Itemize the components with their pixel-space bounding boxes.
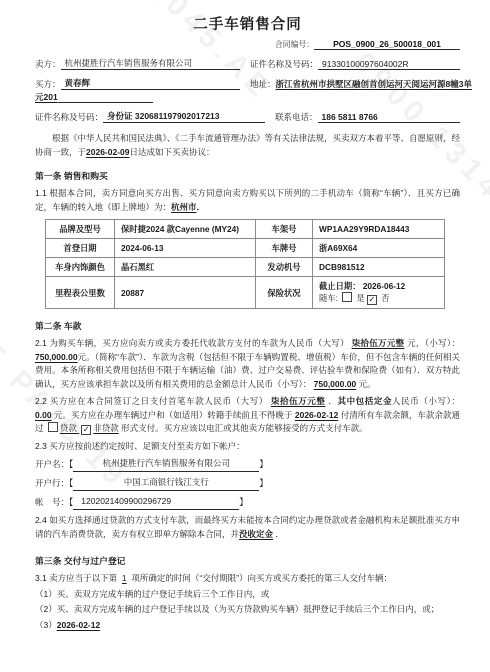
clause-2-2: 2.2 买方应在本合同签订之日支付首笔车款人民币（大写） 柒拾伍万元整 ．其中包…: [35, 395, 460, 436]
clause-2-1-pre: 2.1 为购买车辆，买方应向卖方或卖方委托代收款方支付的车款为人民币（大写）: [35, 338, 349, 348]
clause-3-1-pre: 3.1 卖方应当于以下第: [35, 573, 117, 583]
address-value-line1: 浙江省杭州市拱墅区融创首创运河天阅运河源8幢3单: [276, 78, 472, 90]
account-name-line: 开户名：【杭州捷胜行汽车销售服务有限公司】: [35, 455, 460, 472]
vin-label: 车架号: [256, 220, 313, 239]
account-number-line: 帐 号：【1202021409900296729】: [35, 493, 460, 510]
table-row: 里程表公里数 20887 保险状况 截止日期： 2026-06-12 随车: 是…: [46, 277, 445, 309]
insurance-no-label: 否: [381, 293, 389, 303]
account-bank-line: 开户行：【中国工商银行钱江支行】: [35, 474, 460, 491]
clause-2-3: 2.3 买方应按前述约定按时、足额支付至卖方如下帐户：: [35, 440, 460, 454]
list-item: （3）2026-02-12: [35, 618, 460, 633]
clause-1-1-period: ．: [197, 202, 206, 212]
account-name-label: 开户名：: [35, 459, 69, 469]
list-item: （2）买、卖双方完成车辆的过户登记手续以及（为买方贷款购买车辆）抵押登记手续后三…: [35, 602, 460, 617]
clause-1-1: 1.1 根据本合同，卖方同意向买方出售、买方同意向卖方购买以下所列的二手机动车（…: [35, 187, 460, 214]
contract-page: 2.2045.AE 0900 1314 5 PAIC 19 二手车销售合同 合同…: [0, 0, 490, 672]
section1-heading: 第一条 销售和购买: [35, 170, 460, 183]
clause-2-2-mid1: 人民币（小写）：: [392, 396, 460, 406]
checkbox-no-checked-icon: ✓: [367, 295, 377, 305]
address-blank-underline: [58, 102, 153, 103]
buyer-label: 买方：: [35, 78, 61, 90]
clause-1-1-text: 1.1 根据本合同，卖方同意向买方出售、买方同意向卖方购买以下所列的二手机动车（…: [35, 188, 460, 212]
intro-paragraph: 根据《中华人民共和国民法典》、《二手车流通管理办法》等有关法律法规，买卖双方本着…: [35, 132, 460, 159]
right-bracket: 】: [239, 497, 248, 507]
clause-2-2-pre: 2.2 买方应在本合同签订之日支付首笔车款人民币（大写）: [35, 396, 268, 406]
engine-number-label: 发动机号: [256, 258, 313, 277]
checkbox-noloan-checked-icon: ✓: [81, 425, 91, 435]
first-reg-date-label: 首登日期: [46, 239, 115, 258]
buyer-id-row: 证件名称及号码： 身份证 320681197902017213 联系电话： 18…: [35, 110, 460, 123]
seller-name-value: 杭州捷胜行汽车销售服务有限公司: [61, 57, 240, 70]
deposit-value: 0.00: [35, 410, 52, 420]
account-number-label: 帐 号：: [35, 497, 69, 507]
brand-model-label: 品牌及型号: [46, 220, 115, 239]
delivery-date-value: 2026-02-12: [57, 620, 100, 630]
total-amount-value: 750,000.00: [314, 379, 357, 389]
page-title: 二手车销售合同: [35, 13, 460, 34]
contract-number-value: POS_0900_26_500018_001: [314, 39, 460, 50]
account-bank-label: 开户行：: [35, 478, 69, 488]
contract-number-label: 合同编号：: [275, 40, 314, 49]
payment-method-options: 贷款 ✓非贷款: [46, 423, 119, 433]
intro-text-post: 日达成如下买卖协议：: [130, 147, 215, 157]
seller-row: 卖方： 杭州捷胜行汽车销售服务有限公司 证件名称及号码： 91330100097…: [35, 57, 460, 70]
agreement-date: 2026-02-09: [86, 147, 129, 157]
buyer-name-value: 黄春辉: [61, 77, 240, 90]
color-value: 晶石黑红: [115, 258, 256, 277]
engine-number-value: DCB981512: [313, 258, 445, 277]
checkbox-yes-icon: [342, 292, 352, 302]
phone-label: 联系电话：: [275, 111, 318, 123]
plate-number-label: 车牌号: [256, 239, 313, 258]
insurance-deadline-label: 截止日期：: [319, 281, 361, 291]
insurance-status-label: 保险状况: [256, 277, 313, 309]
clause-2-1-mid1: 元，（小写）：: [407, 338, 460, 348]
right-bracket: 】: [259, 478, 268, 488]
seller-id-value: 91330100097604002R: [318, 59, 460, 70]
list-item: （1）买、卖双方完成车辆的过户登记手续后三个工作日内，或: [35, 587, 460, 602]
table-row: 车身内饰颜色 晶石黑红 发动机号 DCB981512: [46, 258, 445, 277]
mileage-value: 20887: [115, 277, 256, 309]
delivery-options-list: （1）买、卖双方完成车辆的过户登记手续后三个工作日内，或 （2）买、卖双方完成车…: [35, 587, 460, 633]
clause-2-2-dot: ．: [328, 396, 337, 406]
mileage-label: 里程表公里数: [46, 277, 115, 309]
price-in-words: 柒拾伍万元整: [352, 338, 405, 348]
section3-heading: 第三条 交付与过户登记: [35, 555, 460, 568]
transfer-city-value: 杭州市: [171, 202, 197, 212]
clause-2-2-mid4: 形式支付。买方应该以电汇或其他卖方能够接受的方式支付车款。: [121, 423, 368, 433]
seller-label: 卖方：: [35, 58, 61, 70]
first-payment-in-words: 柒拾伍万元整: [271, 396, 326, 406]
clause-2-1: 2.1 为购买车辆，买方应向卖方或卖方委托代收款方支付的车款为人民币（大写） 柒…: [35, 337, 460, 391]
price-in-figures: 750,000.00: [35, 352, 78, 362]
insurance-deadline-value: 2026-06-12: [363, 281, 405, 291]
account-number-value: 1202021409900296729: [73, 493, 239, 510]
buyer-id-value: 身份证 320681197902017213: [103, 110, 265, 123]
clause-2-1-mid2: 元。（简称“车款”）．车款为含税（包括但不限于车辆购置税、增值税）车价，但不包含…: [35, 352, 460, 389]
clause-2-1-post: 元。: [359, 379, 376, 389]
clause-2-4: 2.4 如买方选择通过贷款的方式支付车款，而最终买方未能按本合同约定办理贷款或者…: [35, 514, 460, 541]
noloan-option-label: 非贷款: [93, 423, 119, 433]
address-value-line2: 元201: [35, 92, 58, 102]
brand-model-value: 保时捷2024 款Cayenne (MY24): [115, 220, 256, 239]
forfeit-deposit-text: 没收定金: [239, 529, 273, 539]
vin-value: WP1AA29Y9RDA18443: [313, 220, 445, 239]
insurance-with-car-label: 随车:: [319, 293, 338, 303]
plate-number-value: 浙A69X64: [313, 239, 445, 258]
deposit-label: 其中包括定金: [338, 396, 393, 406]
buyer-id-label: 证件名称及号码：: [35, 111, 103, 123]
clause-3-1: 3.1 卖方应当于以下第 1 项所确定的时间（“交付期限”）向买方或买方委托的第…: [35, 572, 460, 586]
account-name-value: 杭州捷胜行汽车销售服务有限公司: [73, 455, 259, 472]
phone-value: 186 5811 8766: [318, 112, 460, 123]
balance-due-date: 2026-02-12: [295, 410, 338, 420]
section2-heading: 第二条 车款: [35, 320, 460, 333]
account-bank-value: 中国工商银行钱江支行: [73, 474, 259, 491]
address-label: 地址：: [250, 78, 276, 90]
clause-2-2-mid2: 元。买方应在办理车辆过户和（如适用）转籍手续前且不得晚于: [54, 410, 293, 420]
color-label: 车身内饰颜色: [46, 258, 115, 277]
contract-number-line: 合同编号：POS_0900_26_500018_001: [35, 39, 460, 50]
delivery-option-number: 1: [122, 573, 127, 583]
first-reg-date-value: 2024-06-13: [115, 239, 256, 258]
loan-option-label: 贷款: [60, 423, 77, 433]
insurance-status-cell: 截止日期： 2026-06-12 随车: 是✓ 否: [313, 277, 445, 309]
right-bracket: 】: [259, 459, 268, 469]
buyer-row: 买方： 黄春辉 地址： 浙江省杭州市拱墅区融创首创运河天阅运河源8幢3单: [35, 77, 460, 90]
table-row: 品牌及型号 保时捷2024 款Cayenne (MY24) 车架号 WP1AA2…: [46, 220, 445, 239]
clause-2-4-post: ．: [275, 529, 284, 539]
vehicle-info-table: 品牌及型号 保时捷2024 款Cayenne (MY24) 车架号 WP1AA2…: [45, 219, 445, 309]
insurance-yes-label: 是: [357, 293, 365, 303]
table-row: 首登日期 2024-06-13 车牌号 浙A69X64: [46, 239, 445, 258]
clause-3-1-post: 项所确定的时间（“交付期限”）向买方或买方委托的第三人交付车辆：: [131, 573, 392, 583]
seller-id-label: 证件名称及号码：: [250, 58, 318, 70]
address-continuation: 元201: [35, 91, 460, 103]
item3-label: （3）: [35, 620, 57, 630]
checkbox-loan-icon: [48, 422, 58, 432]
